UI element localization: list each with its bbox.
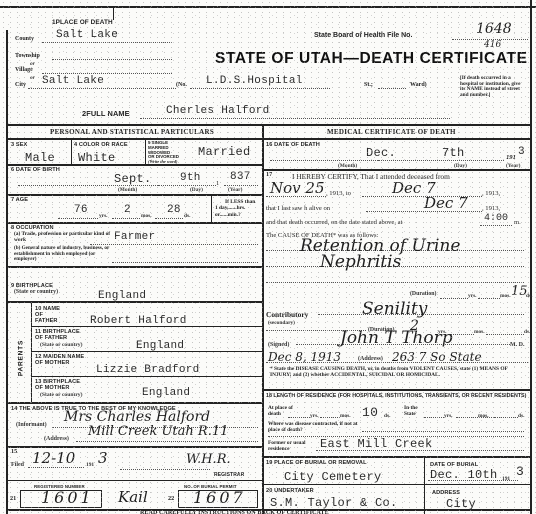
duration1-years-field[interactable] xyxy=(440,292,468,299)
file-no-value: 1648 xyxy=(476,21,512,37)
time-of-death-field[interactable]: 4:00 xyxy=(480,217,512,226)
col-divider xyxy=(424,457,425,514)
registrar-label: REGISTRAR xyxy=(214,472,244,478)
row-divider xyxy=(8,301,262,303)
mos-caption: mos. xyxy=(478,413,489,419)
section-divider xyxy=(263,456,530,458)
street-number-value: L.D.S.Hospital xyxy=(206,75,303,87)
md-label: M. D. xyxy=(510,342,525,348)
village-label: Village xyxy=(15,67,33,73)
last-saw-field[interactable]: Dec 7 xyxy=(366,203,482,212)
col-divider xyxy=(145,139,146,164)
header-divider xyxy=(8,124,530,126)
row-divider xyxy=(8,138,262,140)
ds-caption: ds. xyxy=(526,293,532,299)
file-no-label: State Board of Health File No. xyxy=(314,32,412,39)
dob-year-field[interactable]: 837 xyxy=(224,176,258,186)
dob-day-field[interactable]: 9th xyxy=(158,176,216,186)
age-years-field[interactable]: 76 xyxy=(58,209,98,219)
registrar-signature: W.H.R. xyxy=(186,452,231,467)
age-years-value: 76 xyxy=(74,204,88,216)
mother-birthplace-label: 13 BIRTHPLACE OF MOTHER xyxy=(35,379,85,391)
state-years-field[interactable] xyxy=(424,412,444,418)
personal-section-title: PERSONAL AND STATISTICAL PARTICULARS xyxy=(50,128,214,136)
burial-year-prefix: 191 xyxy=(502,476,510,482)
residence-label: 18 LENGTH OF RESIDENCE (FOR HOSPITALS, I… xyxy=(266,393,528,399)
color-value[interactable]: White xyxy=(78,151,116,165)
left-border xyxy=(6,30,8,514)
dob-month-field[interactable]: Sept. xyxy=(18,176,158,186)
duration2-days-field[interactable] xyxy=(486,328,524,335)
dod-label: 16 DATE OF DEATH xyxy=(266,142,320,148)
parents-label: PARENTS xyxy=(14,318,28,398)
disease-contracted-label: Where was disease contracted, if not at … xyxy=(268,421,368,433)
row-divider xyxy=(8,446,262,448)
physician-signature: John T Thorp xyxy=(340,328,453,348)
margin-handwriting: Kail xyxy=(118,488,148,506)
last-saw-value: Dec 7 xyxy=(424,194,468,212)
township-label: Township xyxy=(15,53,40,59)
row-divider xyxy=(8,194,262,196)
informant-value: Mrs Charles Halford xyxy=(64,409,210,425)
former-residence-label: Former or usual residence xyxy=(268,441,308,453)
color-label: 4 COLOR OR RACE xyxy=(74,142,128,148)
contributory-value: Senility xyxy=(362,299,427,319)
marital-label: 5 SINGLE MARRIED WIDOWED OR DIVORCED (Wr… xyxy=(148,141,179,165)
row-divider xyxy=(31,351,262,352)
dod-month-field[interactable]: Dec. xyxy=(270,152,378,161)
age-label: 7 AGE xyxy=(11,197,28,203)
yrs-caption: yrs. xyxy=(99,213,108,219)
full-name-field[interactable]: Cherles Halford xyxy=(140,109,450,119)
age-days-value: 28 xyxy=(167,204,181,216)
dod-day-field[interactable]: 7th xyxy=(378,152,504,161)
section-divider xyxy=(263,389,530,391)
mos-caption: mos. xyxy=(474,329,485,335)
county-field[interactable]: Salt Lake xyxy=(42,33,172,43)
father-birthplace-label: 11 BIRTHPLACE OF FATHER xyxy=(35,329,85,341)
duration2-months-field[interactable] xyxy=(450,328,474,335)
full-name-label: 2FULL NAME xyxy=(82,111,130,117)
ds-caption: ds. xyxy=(384,413,390,419)
birthplace-sub: (State or country) xyxy=(14,289,58,295)
attended-from-field[interactable]: Nov 25 xyxy=(266,188,326,197)
dob-year-value: 837 xyxy=(230,171,251,183)
underline xyxy=(266,362,528,363)
residence-days-value[interactable]: 10 xyxy=(362,405,378,420)
mother-birthplace-sub: (State or country) xyxy=(40,392,82,398)
city-value: Salt Lake xyxy=(42,75,104,87)
county-label: County xyxy=(15,36,34,42)
occupation-b-label: (b) General nature of industry, business… xyxy=(14,246,114,263)
institution-note: [If death occurred in a hospital or inst… xyxy=(460,76,526,98)
registered-number-value: 1601 xyxy=(41,488,94,507)
col-divider xyxy=(211,195,212,222)
burial-permit-num: 22 xyxy=(168,496,174,503)
dod-year-value[interactable]: 3 xyxy=(518,146,525,158)
age-days-field[interactable]: 28 xyxy=(155,209,183,219)
contributory-label: Contributory xyxy=(266,310,308,319)
street-number-field[interactable]: L.D.S.Hospital xyxy=(190,79,330,89)
burial-place-label: 19 PLACE OF BURIAL OR REMOVAL xyxy=(266,460,367,466)
dod-day-value: 7th xyxy=(442,146,465,160)
dob-year-prefix: 1 xyxy=(216,180,219,187)
age-months-field[interactable]: 2 xyxy=(112,209,140,219)
year-caption: (Year) xyxy=(228,187,242,193)
undertaker-address-label: ADDRESS xyxy=(432,490,460,496)
filed-label: Filed xyxy=(11,462,24,468)
right-border xyxy=(530,0,532,514)
yrs-caption: yrs. xyxy=(310,413,319,419)
burial-permit-box[interactable]: 1607 xyxy=(178,490,258,508)
full-name-value: Cherles Halford xyxy=(166,105,270,117)
file-no-sub-value: 416 xyxy=(484,40,501,50)
ds-caption: ds. xyxy=(518,413,524,419)
undertaker-value[interactable]: S.M. Taylor & Co. xyxy=(270,496,398,510)
state-months-field[interactable] xyxy=(456,412,496,418)
last-saw-text: that I last saw h alive on xyxy=(266,205,330,212)
sex-value[interactable]: Male xyxy=(25,151,55,165)
row-divider xyxy=(263,484,530,485)
former-residence-value: East Mill Creek xyxy=(320,437,433,451)
row-divider xyxy=(31,376,262,377)
month-caption: (Month) xyxy=(118,187,137,193)
cause-of-death-secondary: Nephritis xyxy=(320,252,401,272)
duration1-months-field[interactable] xyxy=(478,292,500,299)
dob-month-value: Sept. xyxy=(114,172,152,186)
dod-year-prefix: 191 xyxy=(506,154,516,161)
filing-number-label: 15 xyxy=(11,449,17,456)
filed-year-value: 3 xyxy=(98,449,108,467)
row-divider xyxy=(8,266,262,268)
row-divider xyxy=(8,480,262,481)
death-certificate: 1PLACE OF DEATH County Salt Lake Townshi… xyxy=(0,0,536,514)
col-divider xyxy=(71,139,72,164)
informant-address-caption: (Address) xyxy=(44,436,69,442)
occupation-a-field[interactable]: Farmer xyxy=(90,236,258,245)
footer-instructions: READ CAREFULLY INSTRUCTIONS ON BACK OF C… xyxy=(140,510,329,514)
yrs-caption: yrs. xyxy=(444,413,453,419)
occupation-a-value: Farmer xyxy=(114,231,155,243)
duration-caption: (Duration) xyxy=(410,291,436,297)
informant-address-field[interactable]: Mill Creek Utah R.11 xyxy=(76,432,258,442)
top-border xyxy=(0,6,536,8)
father-name-label: 10 NAME OF FATHER xyxy=(35,306,65,324)
parents-col-divider xyxy=(31,302,32,402)
filed-date-value: 12-10 xyxy=(32,449,75,467)
number-label: (No. xyxy=(176,82,187,88)
less-than-day-note: If LESS than 1 day,......hrs. or......mi… xyxy=(215,199,255,218)
township-field[interactable] xyxy=(52,52,172,60)
row-divider xyxy=(31,326,262,327)
informant-caption: (Informant) xyxy=(16,422,47,428)
burial-place-value[interactable]: City Cemetery xyxy=(284,470,382,484)
county-value: Salt Lake xyxy=(56,29,118,41)
attended-from-year: , 1913, to xyxy=(326,190,351,197)
yrs-caption: yrs. xyxy=(468,293,477,299)
mos-caption: mos. xyxy=(500,293,511,299)
mother-name-value[interactable]: Lizzie Bradford xyxy=(96,364,200,376)
registered-number-box[interactable]: 1601 xyxy=(20,490,102,508)
mother-name-label: 12 MAIDEN NAME OF MOTHER xyxy=(35,354,85,366)
city-label: City xyxy=(15,82,26,88)
section-divider xyxy=(8,402,262,404)
disease-contracted-field[interactable] xyxy=(362,426,524,432)
time-suffix: m. xyxy=(514,219,521,226)
row-divider xyxy=(8,164,262,166)
burial-date-value: Dec. 10th xyxy=(430,468,498,482)
occupation-b-field[interactable] xyxy=(112,256,258,263)
marital-status-value[interactable]: Married xyxy=(198,145,251,159)
village-field[interactable] xyxy=(42,66,172,74)
mos-caption: mos. xyxy=(340,413,351,419)
cause-footnote: * State the DISEASE CAUSING DEATH, or, i… xyxy=(270,366,526,378)
burial-year-value[interactable]: 3 xyxy=(516,464,524,479)
signed-caption: (Signed) xyxy=(268,342,289,348)
ward-field[interactable] xyxy=(378,79,406,89)
row-divider xyxy=(263,169,530,171)
informant-address-value: Mill Creek Utah R.11 xyxy=(88,424,228,439)
registered-number-num: 21 xyxy=(10,496,16,503)
cause-line-3[interactable] xyxy=(266,282,524,283)
medical-section-title: MEDICAL CERTIFICATE OF DEATH xyxy=(327,128,456,136)
secondary-caption: (secondary) xyxy=(268,320,295,326)
last-saw-year: , 1913, xyxy=(482,205,500,212)
certify-num: 17 xyxy=(266,172,272,179)
age-months-value: 2 xyxy=(124,204,131,216)
burial-permit-value: 1607 xyxy=(193,488,246,507)
sex-label: 3 SEX xyxy=(11,142,27,148)
place-of-death-label: 1PLACE OF DEATH xyxy=(52,20,113,26)
death-occurred-text: and that death occurred, on the date sta… xyxy=(266,219,402,226)
dob-day-value: 9th xyxy=(180,172,201,184)
residence-months-field[interactable] xyxy=(320,412,340,418)
undertaker-label: 20 UNDERTAKER xyxy=(266,488,314,494)
filed-date-field[interactable]: 12-10 xyxy=(28,458,84,468)
former-residence-field[interactable]: East Mill Creek xyxy=(316,447,524,451)
state-days-field[interactable] xyxy=(494,412,518,418)
dob-label: 6 DATE OF BIRTH xyxy=(11,167,60,173)
filed-year-prefix: 191 xyxy=(86,462,94,468)
ds-caption: ds. xyxy=(184,213,190,219)
time-of-death-value: 4:00 xyxy=(484,213,508,224)
father-birthplace-sub: (State or country) xyxy=(40,342,82,348)
registrar-field[interactable]: W.H.R. xyxy=(120,462,210,470)
street-label: St.; xyxy=(364,82,373,88)
row-divider xyxy=(8,222,262,224)
ds-caption: ds. xyxy=(524,329,530,335)
row-divider xyxy=(263,138,530,140)
mother-birthplace-value[interactable]: England xyxy=(142,387,190,399)
top-tick xyxy=(113,6,114,20)
ward-label: Ward) xyxy=(410,82,427,88)
attended-to-year: , 1913, xyxy=(482,190,500,197)
file-no-field[interactable]: 1648 xyxy=(452,28,528,40)
day-caption: (Day) xyxy=(190,187,203,193)
document-title: STATE OF UTAH—DEATH CERTIFICATE xyxy=(215,50,528,68)
residence-years-field[interactable] xyxy=(288,412,310,418)
mos-caption: mos. xyxy=(141,213,152,219)
attended-from-value: Nov 25 xyxy=(270,179,325,197)
city-field[interactable]: Salt Lake xyxy=(28,79,176,89)
